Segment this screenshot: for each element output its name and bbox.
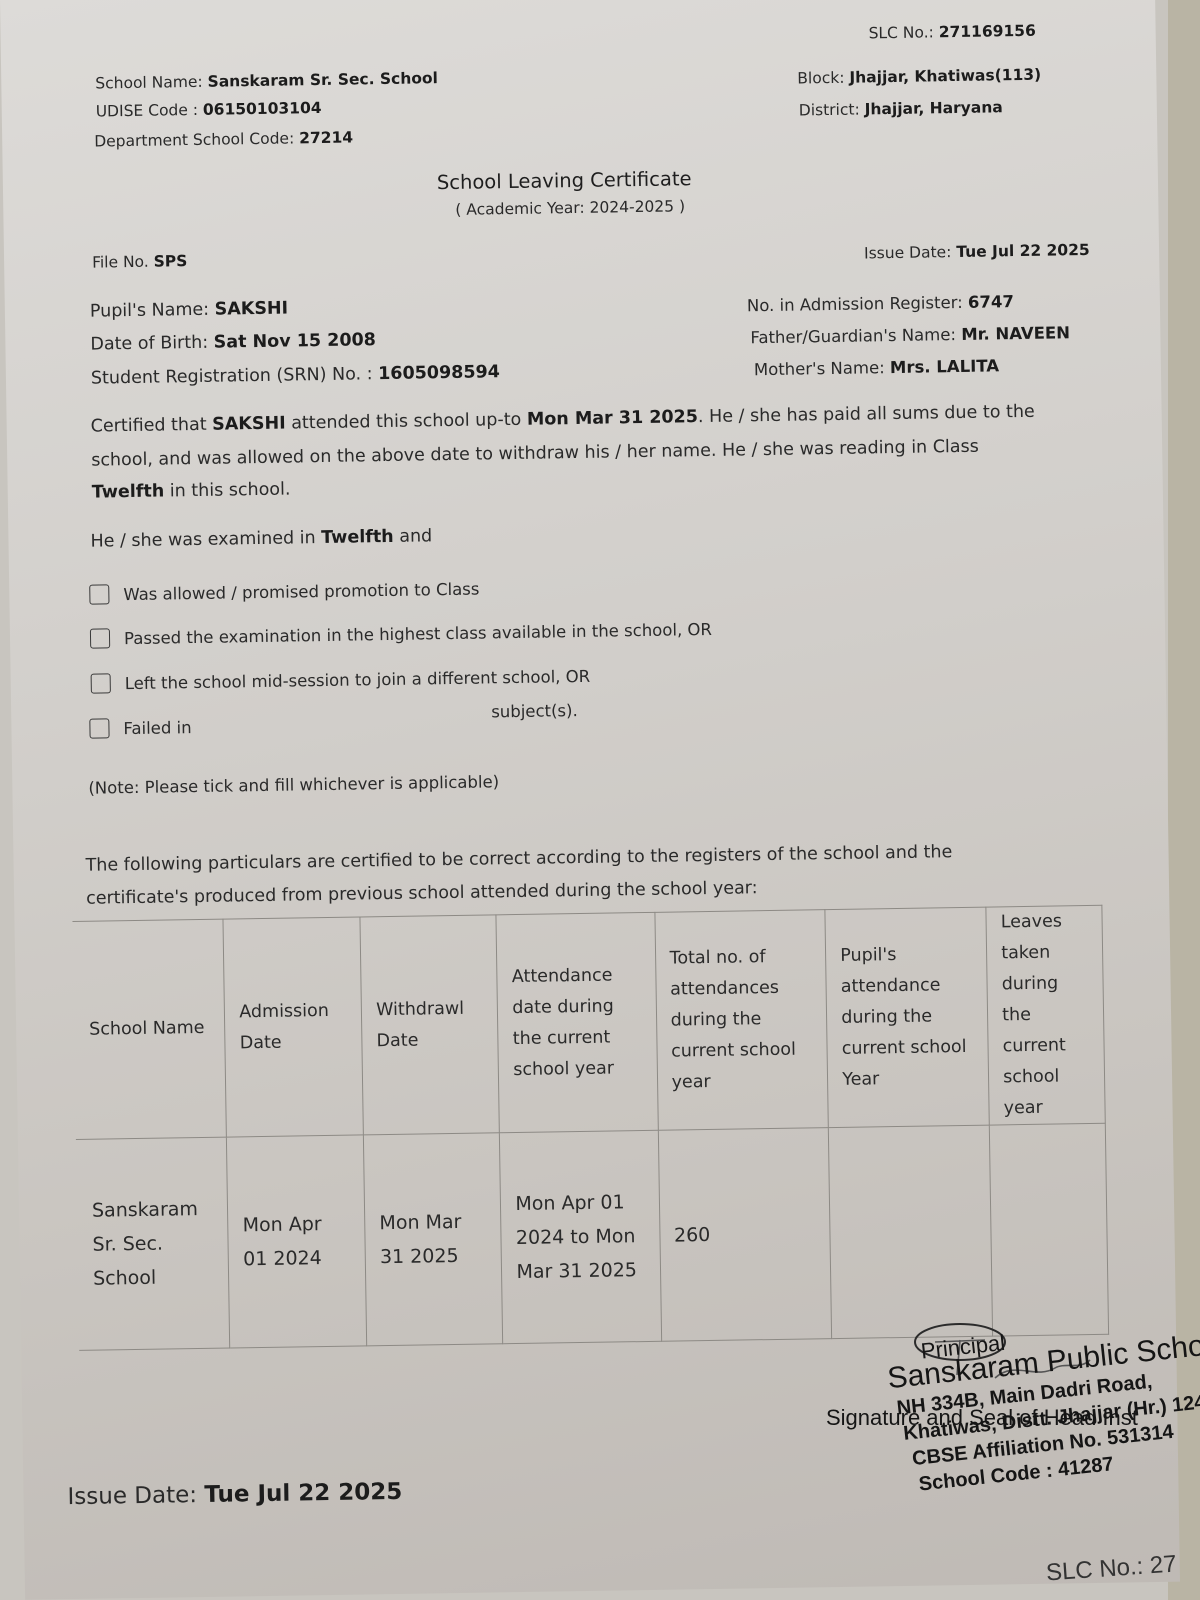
option-label: Passed the examination in the highest cl… (124, 619, 712, 647)
option-label: Failed in (123, 718, 191, 738)
mother-name: Mother's Name: Mrs. LALITA (754, 356, 999, 379)
particulars-table: School Name Admission Date Withdrawl Dat… (72, 905, 1109, 1351)
cell-school-name: Sanskaram Sr. Sec. School (76, 1137, 230, 1350)
col-school-name: School Name (73, 919, 227, 1139)
option-promotion[interactable]: Was allowed / promised promotion to Clas… (89, 579, 479, 605)
issue-date-top: Issue Date: Tue Jul 22 2025 (864, 241, 1090, 263)
district: District: Jhajjar, Haryana (799, 98, 1003, 119)
col-attendance-date: Attendance date during the current schoo… (496, 912, 657, 1132)
particulars-intro-2: certificate's produced from previous sch… (86, 878, 758, 909)
col-admission-date: Admission Date (223, 917, 363, 1137)
school-stamp: Principal Sanskaram Public Scho NH 334B,… (860, 1314, 1182, 1574)
issue-date-bottom: Issue Date: Tue Jul 22 2025 (67, 1479, 402, 1510)
table-row: Sanskaram Sr. Sec. School Mon Apr 01 202… (76, 1123, 1108, 1350)
certification-line-1: Certified that SAKSHI attended this scho… (91, 402, 1035, 437)
cell-leaves-taken (989, 1123, 1108, 1336)
checkbox-icon[interactable] (89, 718, 109, 738)
academic-year: ( Academic Year: 2024-2025 ) (455, 197, 685, 219)
school-name: School Name: Sanskaram Sr. Sec. School (95, 69, 438, 92)
failed-subjects-suffix: subject(s). (491, 701, 578, 721)
date-of-birth: Date of Birth: Sat Nov 15 2008 (90, 330, 376, 354)
col-withdrawl-date: Withdrawl Date (360, 915, 500, 1135)
father-name: Father/Guardian's Name: Mr. NAVEEN (750, 323, 1070, 347)
cell-admission-date: Mon Apr 01 2024 (227, 1135, 367, 1348)
particulars-intro-1: The following particulars are certified … (85, 842, 952, 876)
srn-number: Student Registration (SRN) No. : 1605098… (91, 362, 500, 388)
col-total-attendances: Total no. of attendances during the curr… (654, 910, 828, 1131)
cell-pupil-attendance (829, 1125, 993, 1339)
table-header-row: School Name Admission Date Withdrawl Dat… (73, 905, 1105, 1139)
signature-label: Signature and Seal of Head Inst (826, 1405, 1138, 1431)
block: Block: Jhajjar, Khatiwas(113) (797, 66, 1041, 88)
note: (Note: Please tick and fill whichever is… (88, 772, 499, 797)
cell-withdrawl-date: Mon Mar 31 2025 (364, 1133, 504, 1346)
udise-code: UDISE Code : 06150103104 (96, 99, 322, 121)
col-leaves-taken: Leaves taken during the current school y… (986, 905, 1105, 1125)
examined-line: He / she was examined in Twelfth and (90, 526, 432, 551)
checkbox-icon[interactable] (89, 584, 109, 604)
option-failed[interactable]: Failed in (89, 717, 191, 739)
option-left-mid-session[interactable]: Left the school mid-session to join a di… (91, 666, 591, 694)
admission-register-number: No. in Admission Register: 6747 (747, 292, 1014, 315)
checkbox-icon[interactable] (91, 673, 111, 693)
certification-line-2: school, and was allowed on the above dat… (91, 437, 979, 471)
page-title: School Leaving Certificate (437, 167, 692, 194)
cell-attendance-date: Mon Apr 01 2024 to Mon Mar 31 2025 (500, 1130, 661, 1343)
option-label: Left the school mid-session to join a di… (125, 666, 591, 692)
col-pupil-attendance: Pupil's attendance during the current sc… (825, 907, 989, 1128)
checkbox-icon[interactable] (90, 628, 110, 648)
pupil-name: Pupil's Name: SAKSHI (90, 299, 289, 322)
file-number: File No. SPS (92, 252, 188, 271)
certification-line-3: Twelfth in this school. (92, 479, 291, 502)
option-label: Was allowed / promised promotion to Clas… (123, 579, 479, 604)
option-passed-highest-class[interactable]: Passed the examination in the highest cl… (90, 619, 712, 649)
department-school-code: Department School Code: 27214 (94, 128, 353, 150)
slc-number: SLC No.: 271169156 (868, 22, 1035, 43)
cell-total-attendances: 260 (658, 1128, 832, 1342)
